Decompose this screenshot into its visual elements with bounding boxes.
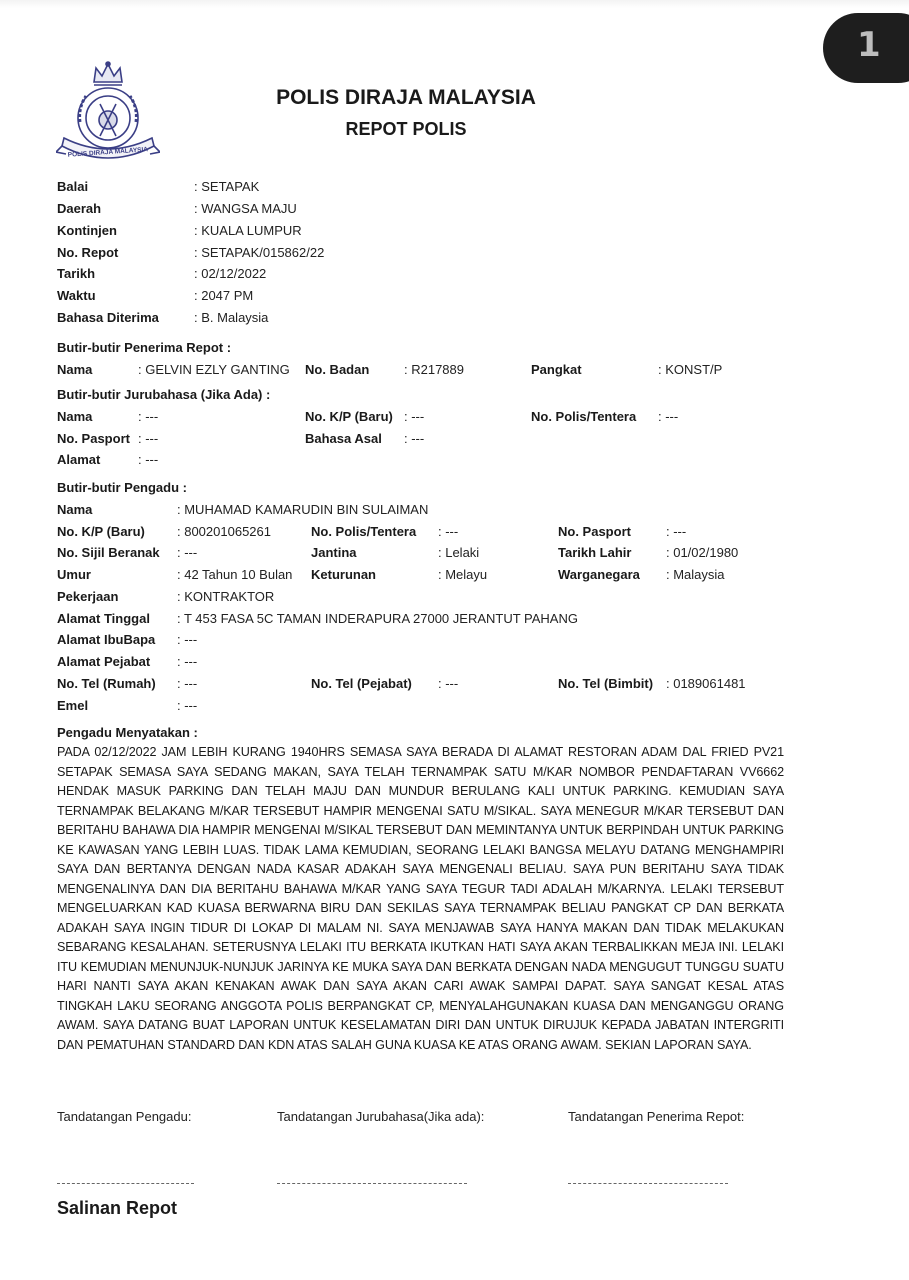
interpreter-polis-label: No. Polis/Tentera — [531, 409, 636, 424]
salinan-repot-heading: Salinan Repot — [57, 1198, 177, 1219]
interpreter-kp-value: : --- — [404, 409, 424, 424]
complainant-telrumah-label: No. Tel (Rumah) — [57, 676, 156, 691]
sig-pengadu-line — [57, 1183, 194, 1184]
complainant-tinggal-label: Alamat Tinggal — [57, 611, 150, 626]
receiver-badan-label: No. Badan — [305, 362, 369, 377]
complainant-warga-label: Warganegara — [558, 567, 640, 582]
complainant-umur-label: Umur — [57, 567, 91, 582]
sig-jurubahasa-label: Tandatangan Jurubahasa(Jika ada): — [277, 1109, 484, 1124]
waktu-value: : 2047 PM — [194, 288, 253, 303]
bahasa-value: : B. Malaysia — [194, 310, 268, 325]
interpreter-nama-label: Nama — [57, 409, 92, 424]
complainant-jantina-label: Jantina — [311, 545, 357, 560]
receiver-pangkat-value: : KONST/P — [658, 362, 722, 377]
complainant-pasport-value: : --- — [666, 524, 686, 539]
receiver-heading: Butir-butir Penerima Repot : — [57, 340, 231, 355]
complainant-polis-label: No. Polis/Tentera — [311, 524, 416, 539]
complainant-heading: Butir-butir Pengadu : — [57, 480, 187, 495]
statement-text: PADA 02/12/2022 JAM LEBIH KURANG 1940HRS… — [57, 743, 784, 1055]
complainant-emel-label: Emel — [57, 698, 88, 713]
interpreter-alamat-label: Alamat — [57, 452, 100, 467]
complainant-tinggal-value: : T 453 FASA 5C TAMAN INDERAPURA 27000 J… — [177, 611, 578, 626]
kontinjen-value: : KUALA LUMPUR — [194, 223, 302, 238]
complainant-ibubapa-label: Alamat IbuBapa — [57, 632, 155, 647]
complainant-kerja-value: : KONTRAKTOR — [177, 589, 274, 604]
complainant-sijil-label: No. Sijil Beranak — [57, 545, 160, 560]
complainant-emel-value: : --- — [177, 698, 197, 713]
daerah-value: : WANGSA MAJU — [194, 201, 297, 216]
complainant-ibubapa-value: : --- — [177, 632, 197, 647]
complainant-keturunan-label: Keturunan — [311, 567, 376, 582]
complainant-lahir-value: : 01/02/1980 — [666, 545, 738, 560]
complainant-polis-value: : --- — [438, 524, 458, 539]
complainant-pejabat-label: Alamat Pejabat — [57, 654, 150, 669]
tarikh-value: : 02/12/2022 — [194, 266, 266, 281]
complainant-telrumah-value: : --- — [177, 676, 197, 691]
receiver-pangkat-label: Pangkat — [531, 362, 582, 377]
tarikh-label: Tarikh — [57, 266, 95, 281]
complainant-telbimbit-label: No. Tel (Bimbit) — [558, 676, 653, 691]
page-subtitle: REPOT POLIS — [0, 119, 812, 140]
interpreter-kp-label: No. K/P (Baru) — [305, 409, 393, 424]
complainant-pasport-label: No. Pasport — [558, 524, 631, 539]
no-repot-label: No. Repot — [57, 245, 118, 260]
waktu-label: Waktu — [57, 288, 96, 303]
interpreter-polis-value: : --- — [658, 409, 678, 424]
daerah-label: Daerah — [57, 201, 101, 216]
receiver-nama-value: : GELVIN EZLY GANTING — [138, 362, 290, 377]
interpreter-pasport-value: : --- — [138, 431, 158, 446]
receiver-nama-label: Nama — [57, 362, 92, 377]
page-title: POLIS DIRAJA MALAYSIA — [0, 86, 812, 110]
interpreter-bahasa-value: : --- — [404, 431, 424, 446]
complainant-sijil-value: : --- — [177, 545, 197, 560]
complainant-warga-value: : Malaysia — [666, 567, 725, 582]
receiver-badan-value: : R217889 — [404, 362, 464, 377]
complainant-telbimbit-value: : 0189061481 — [666, 676, 746, 691]
sig-penerima-line — [568, 1183, 728, 1184]
interpreter-pasport-label: No. Pasport — [57, 431, 130, 446]
sig-pengadu-label: Tandatangan Pengadu: — [57, 1109, 191, 1124]
interpreter-alamat-value: : --- — [138, 452, 158, 467]
top-edge — [0, 0, 909, 8]
kontinjen-label: Kontinjen — [57, 223, 117, 238]
complainant-kerja-label: Pekerjaan — [57, 589, 118, 604]
complainant-pejabat-value: : --- — [177, 654, 197, 669]
complainant-nama-value: : MUHAMAD KAMARUDIN BIN SULAIMAN — [177, 502, 428, 517]
complainant-jantina-value: : Lelaki — [438, 545, 479, 560]
complainant-kp-value: : 800201065261 — [177, 524, 271, 539]
pdrm-crest-icon: POLIS DIRAJA MALAYSIA — [56, 60, 160, 170]
interpreter-bahasa-label: Bahasa Asal — [305, 431, 382, 446]
page-number: 1 — [857, 25, 881, 65]
complainant-telpejabat-value: : --- — [438, 676, 458, 691]
complainant-telpejabat-label: No. Tel (Pejabat) — [311, 676, 412, 691]
complainant-keturunan-value: : Melayu — [438, 567, 487, 582]
complainant-kp-label: No. K/P (Baru) — [57, 524, 145, 539]
no-repot-value: : SETAPAK/015862/22 — [194, 245, 324, 260]
page-number-badge: 1 — [823, 13, 909, 83]
balai-label: Balai — [57, 179, 88, 194]
interpreter-heading: Butir-butir Jurubahasa (Jika Ada) : — [57, 387, 270, 402]
statement-heading: Pengadu Menyatakan : — [57, 725, 198, 740]
complainant-lahir-label: Tarikh Lahir — [558, 545, 631, 560]
bahasa-label: Bahasa Diterima — [57, 310, 159, 325]
complainant-umur-value: : 42 Tahun 10 Bulan — [177, 567, 292, 582]
balai-value: : SETAPAK — [194, 179, 259, 194]
sig-penerima-label: Tandatangan Penerima Repot: — [568, 1109, 744, 1124]
complainant-nama-label: Nama — [57, 502, 92, 517]
sig-jurubahasa-line — [277, 1183, 467, 1184]
interpreter-nama-value: : --- — [138, 409, 158, 424]
